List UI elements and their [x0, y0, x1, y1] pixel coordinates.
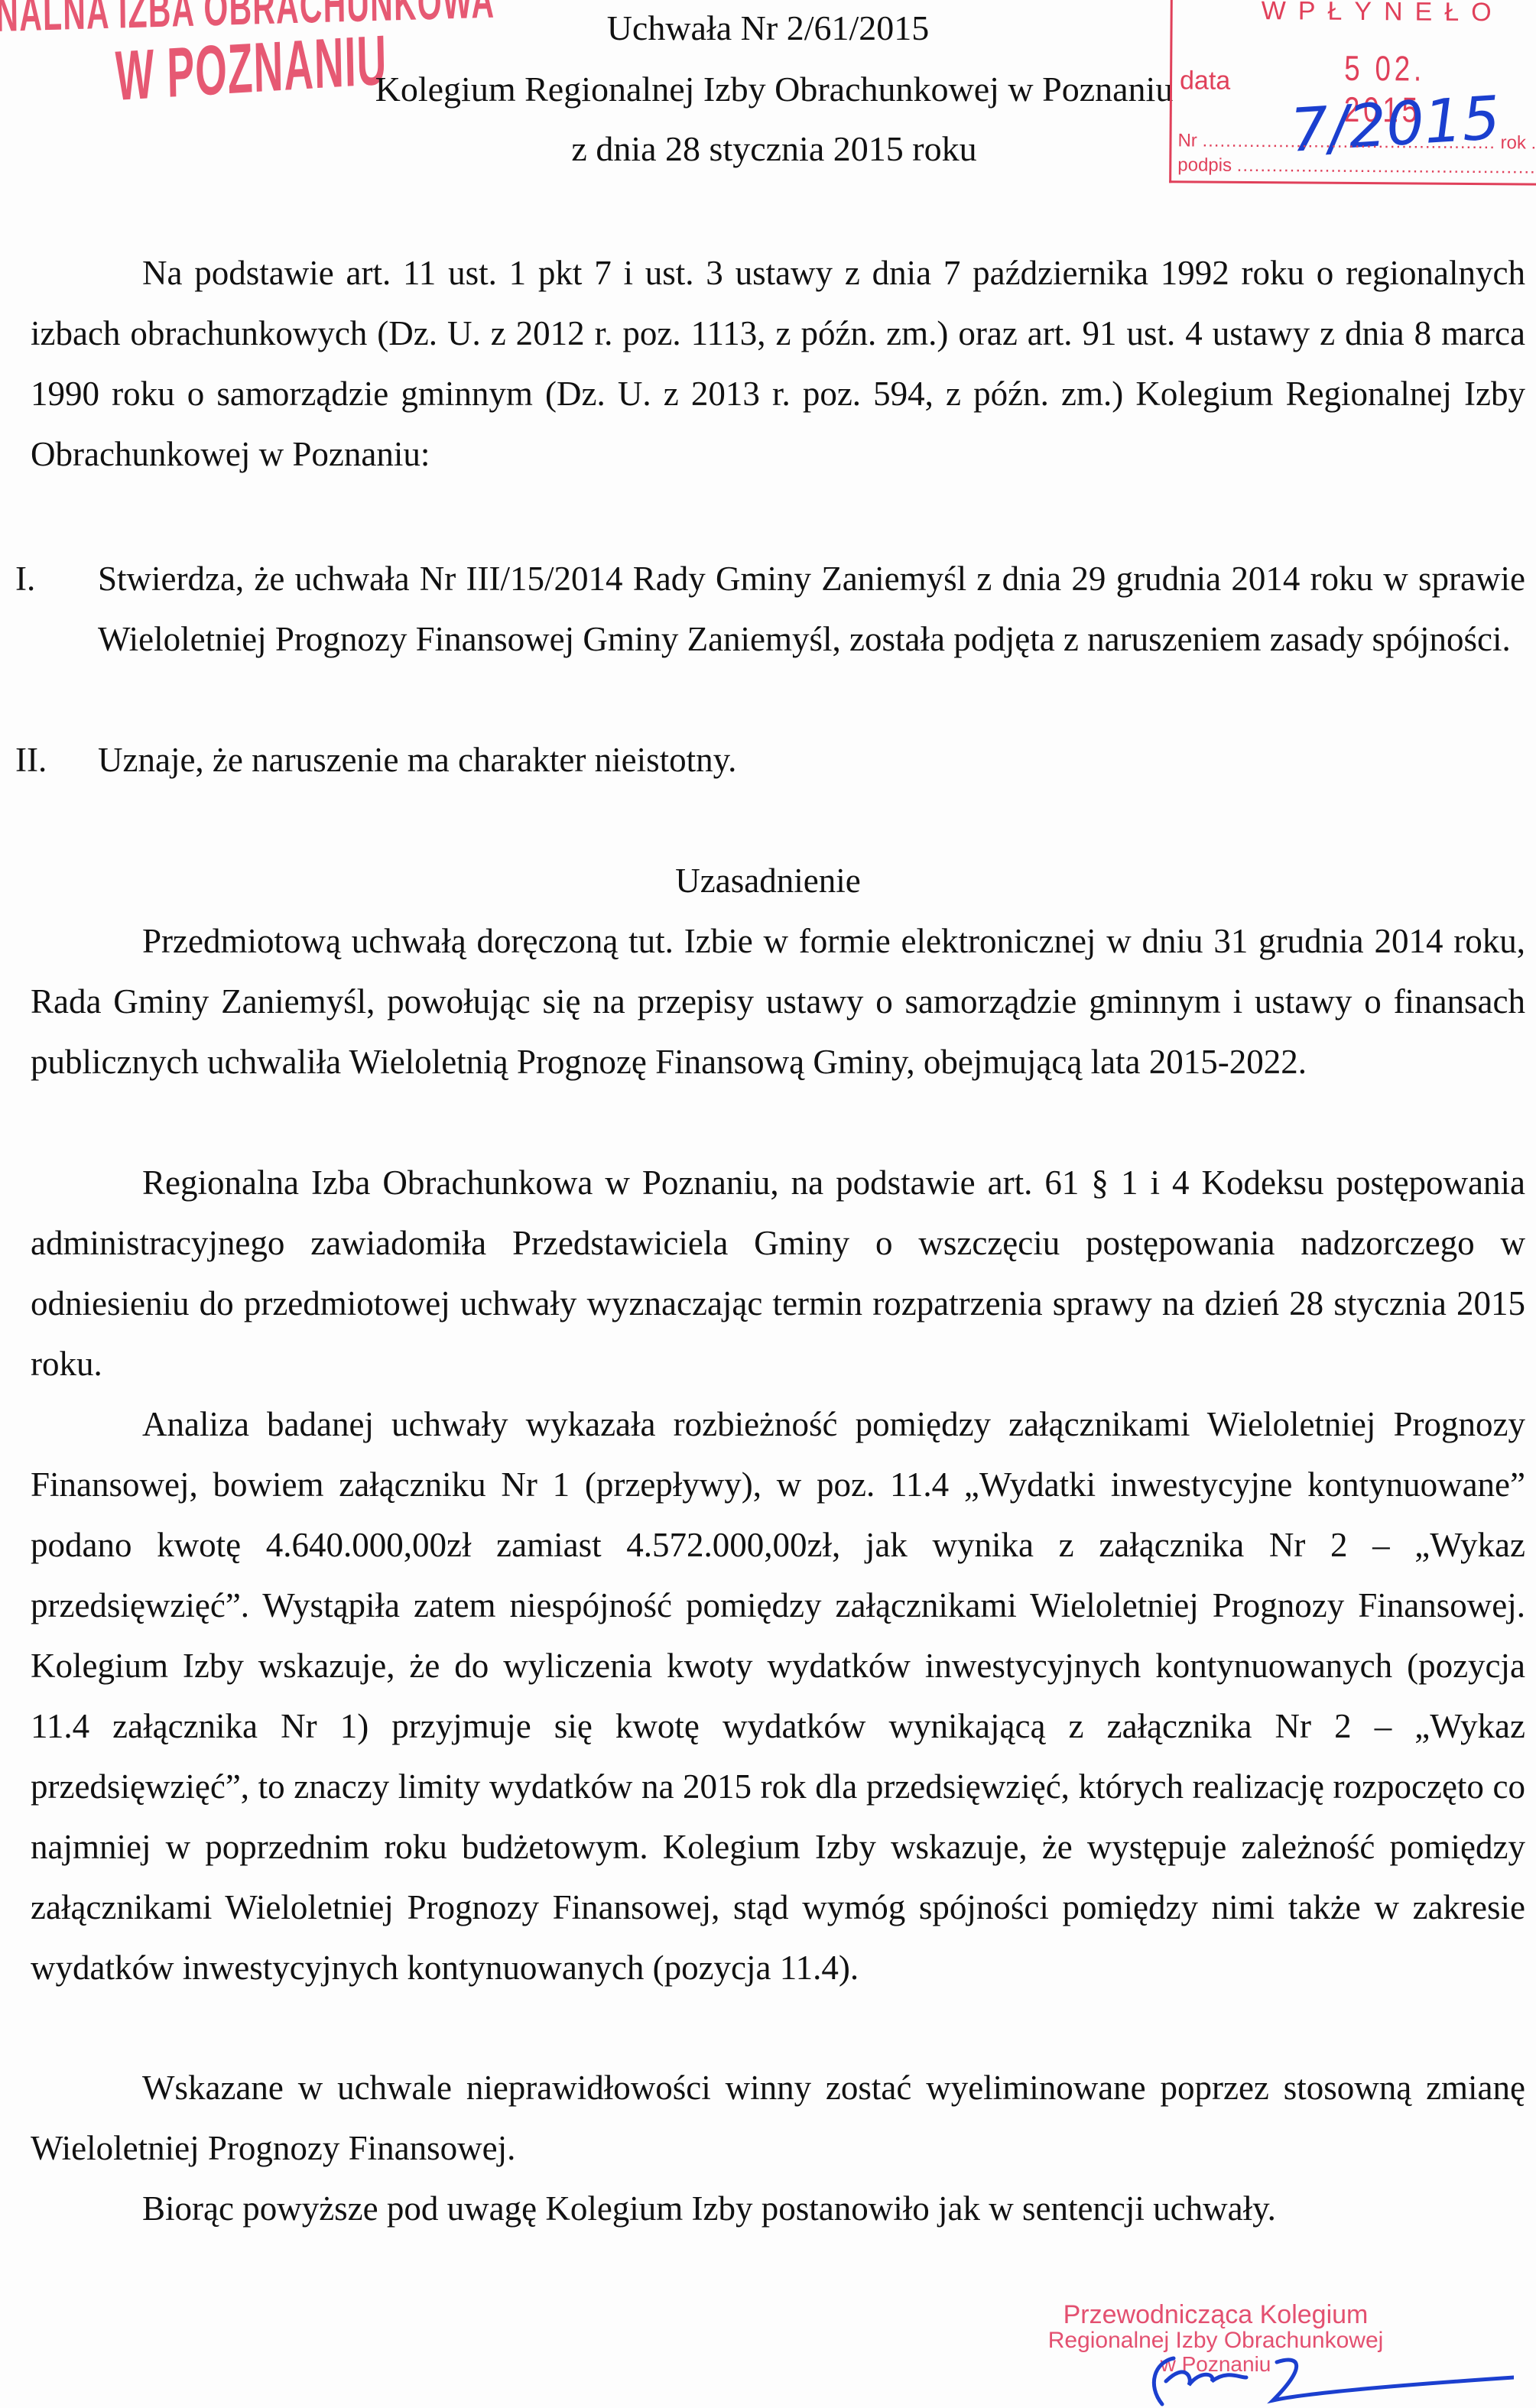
rok-dots: ........................................… [1531, 133, 1536, 156]
rok-label: rok [1500, 132, 1526, 153]
podpis-dots-2: ........................................… [1530, 157, 1536, 180]
received-stamp-title: WPŁYNEŁO [1262, 0, 1504, 28]
justification-paragraph: Przedmiotową uchwałą doręczoną tut. Izbi… [31, 911, 1525, 1092]
received-date-label: data [1180, 66, 1230, 96]
decision-item: II. Uznaje, że naruszenie ma charakter n… [15, 730, 1525, 790]
justification-paragraph: Analiza badanej uchwały wykazała rozbież… [31, 1394, 1525, 1998]
handwritten-signature-icon [1132, 2354, 1514, 2408]
signature-institution: Regionalnej Izby Obrachunkowej [1025, 2328, 1407, 2353]
decision-number: II. [15, 730, 84, 790]
document-page: NALNA IZBA OBRACHUNKOWA W POZNANIU Uchwa… [0, 0, 1536, 2408]
signature-row: podpis .................................… [1177, 154, 1536, 180]
podpis-dots: ........................................… [1237, 155, 1531, 178]
nr-dots: ........................................… [1202, 131, 1495, 154]
signature-title: Przewodnicząca Kolegium [1025, 2301, 1407, 2328]
podpis-label: podpis [1177, 154, 1232, 175]
decision-number: I. [15, 549, 84, 609]
justification-paragraph: Regionalna Izba Obrachunkowa w Poznaniu,… [31, 1153, 1525, 1394]
justification-title: Uzasadnienie [0, 851, 1536, 911]
justification-paragraph: Wskazane w uchwale nieprawidłowości winn… [31, 2058, 1525, 2179]
decision-item: I. Stwierdza, że uchwała Nr III/15/2014 … [15, 549, 1525, 670]
registry-number-row: Nr .....................................… [1177, 130, 1536, 156]
preamble-paragraph: Na podstawie art. 11 ust. 1 pkt 7 i ust.… [31, 243, 1525, 485]
justification-paragraph: Biorąc powyższe pod uwagę Kolegium Izby … [31, 2179, 1525, 2239]
nr-label: Nr [1177, 130, 1197, 151]
decision-text: Stwierdza, że uchwała Nr III/15/2014 Rad… [98, 549, 1525, 670]
decision-text: Uznaje, że naruszenie ma charakter nieis… [98, 730, 1525, 790]
received-stamp: WPŁYNEŁO data 5 02. 2015 7/2015 Nr .....… [1169, 0, 1536, 186]
